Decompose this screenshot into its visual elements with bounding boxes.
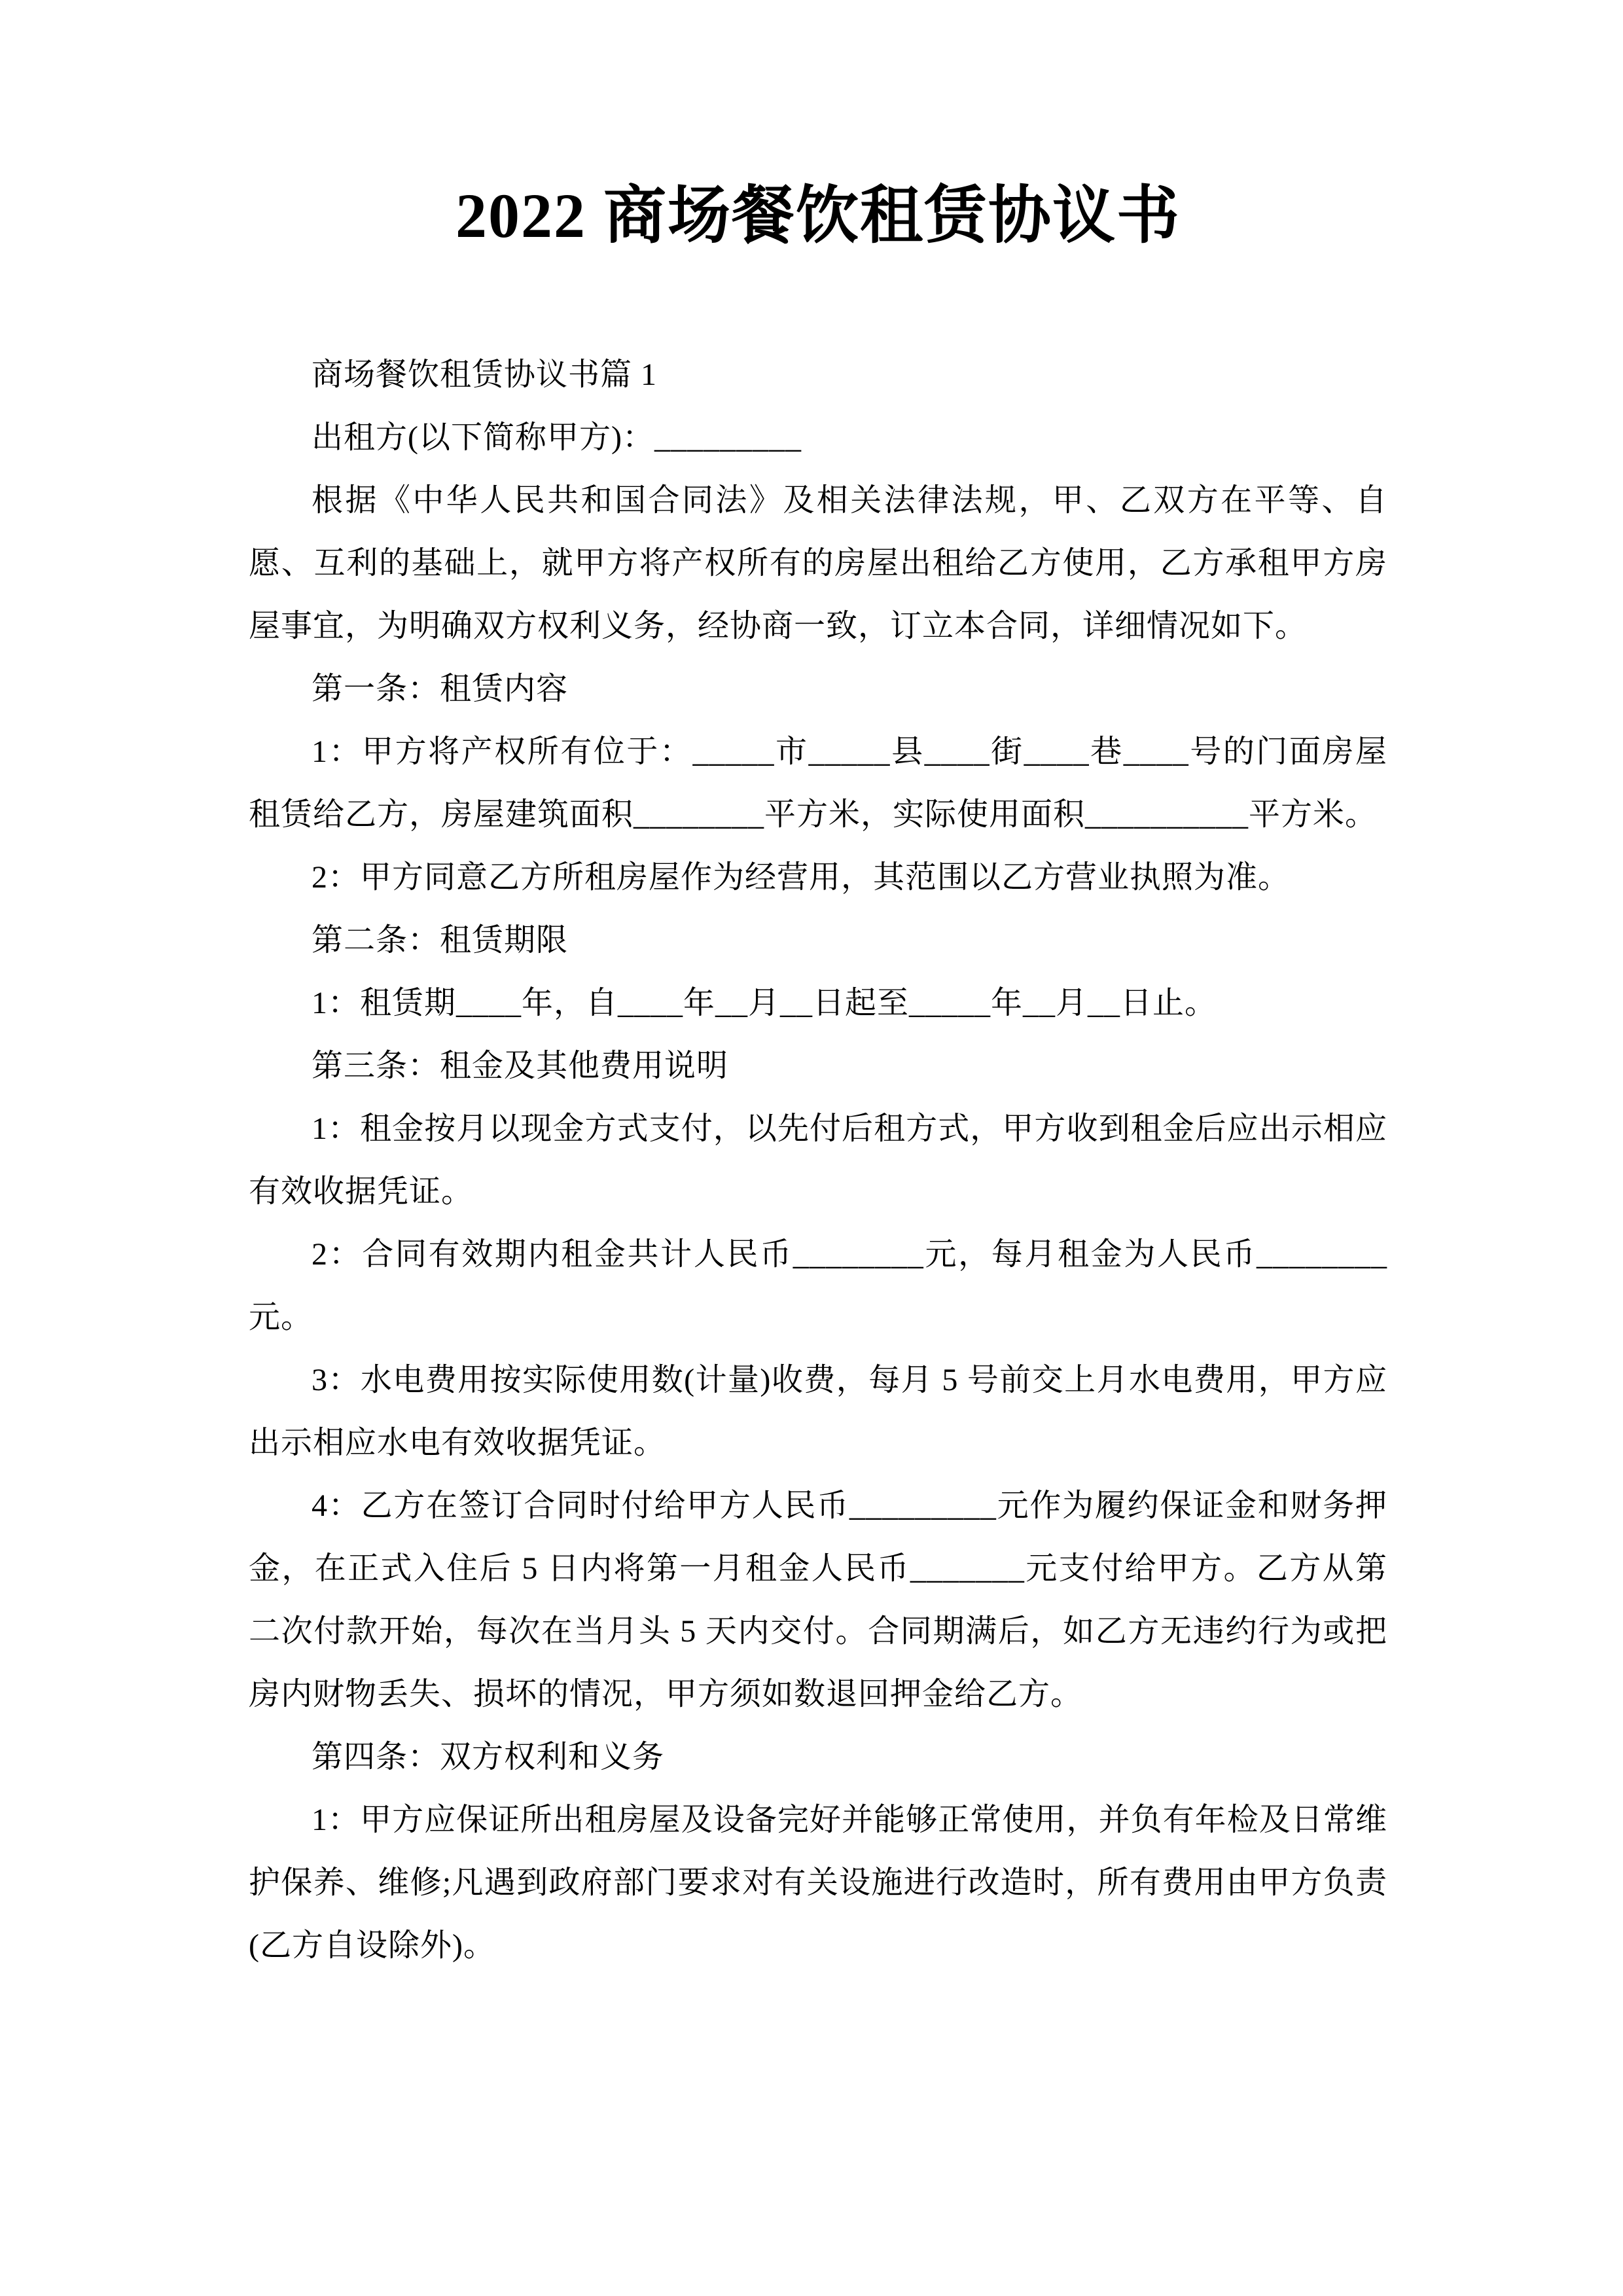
- doc-subtitle: 商场餐饮租赁协议书篇 1: [249, 344, 1387, 406]
- preamble-paragraph: 根据《中华人民共和国合同法》及相关法律法规，甲、乙双方在平等、自愿、互利的基础上…: [249, 469, 1387, 658]
- clause4-item1: 1：甲方应保证所出租房屋及设备完好并能够正常使用，并负有年检及日常维护保养、维修…: [249, 1789, 1387, 1977]
- clause3-item1: 1：租金按月以现金方式支付，以先付后租方式，甲方收到租金后应出示相应有效收据凭证…: [249, 1098, 1387, 1223]
- clause1-item2: 2：甲方同意乙方所租房屋作为经营用，其范围以乙方营业执照为准。: [249, 846, 1387, 909]
- clause1-heading: 第一条：租赁内容: [249, 658, 1387, 721]
- clause4-heading: 第四条：双方权利和义务: [249, 1726, 1387, 1789]
- lessor-blank-line: 出租方(以下简称甲方)：_________: [249, 406, 1387, 469]
- clause3-heading: 第三条：租金及其他费用说明: [249, 1035, 1387, 1098]
- clause1-item1: 1：甲方将产权所有位于：_____市_____县____街____巷____号的…: [249, 721, 1387, 846]
- clause3-item4: 4：乙方在签订合同时付给甲方人民币_________元作为履约保证金和财务押金，…: [249, 1475, 1387, 1726]
- clause2-item1: 1：租赁期____年，自____年__月__日起至_____年__月__日止。: [249, 972, 1387, 1035]
- clause3-item2: 2：合同有效期内租金共计人民币________元，每月租金为人民币_______…: [249, 1223, 1387, 1349]
- document-body: 商场餐饮租赁协议书篇 1 出租方(以下简称甲方)：_________ 根据《中华…: [249, 344, 1387, 1977]
- clause3-item3: 3：水电费用按实际使用数(计量)收费，每月 5 号前交上月水电费用，甲方应出示相…: [249, 1349, 1387, 1475]
- document-title: 2022 商场餐饮租赁协议书: [249, 175, 1387, 257]
- document-page: 2022 商场餐饮租赁协议书 商场餐饮租赁协议书篇 1 出租方(以下简称甲方)：…: [0, 0, 1623, 2296]
- clause2-heading: 第二条：租赁期限: [249, 909, 1387, 972]
